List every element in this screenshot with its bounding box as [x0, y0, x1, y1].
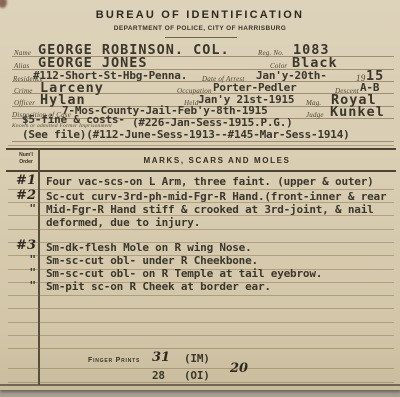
row-text: Sm-dk-flesh Mole on R wing Nose.: [46, 241, 252, 254]
table-header-border: [6, 170, 396, 172]
ruled-line: [8, 322, 394, 323]
row-ditto-mark: ": [8, 279, 36, 292]
row-text: deformed, due to injury.: [46, 216, 200, 229]
fingerprint-denominator-code: (OI): [184, 369, 210, 382]
card-bottom-border: [0, 384, 400, 386]
row-ditto-mark: ": [8, 202, 36, 215]
ruled-line: [8, 145, 394, 146]
row-text: Four vac-scs-on L Arm, three faint. (upp…: [46, 175, 374, 188]
row-text: Sm-sc-cut obl- under R Cheekbone.: [46, 254, 258, 267]
ruled-line: [8, 295, 394, 296]
identification-card: BUREAU OF IDENTIFICATION DEPARTMENT OF P…: [0, 0, 400, 390]
row-number: #3: [8, 238, 36, 253]
header-divider: [165, 37, 237, 38]
row-text: Sc-cut curv-3rd-ph-mid-Fgr-R Hand.(front…: [46, 190, 386, 203]
table-top-border: [6, 148, 396, 150]
order-column-header: Num'l Order: [12, 152, 40, 166]
ruled-line: [8, 229, 394, 230]
ruled-line: [8, 335, 394, 336]
row-text: Sm-sc-cut obl- on R Temple at tail eyebr…: [46, 267, 322, 280]
field-underline: [12, 141, 394, 142]
see-file-value: (See file)(#112-June-Sess-1913--#145-Mar…: [22, 128, 350, 141]
card-title: BUREAU OF IDENTIFICATION: [0, 9, 400, 21]
corner-stain: [0, 0, 7, 8]
fingerprints-label: Finger Prints: [88, 357, 140, 364]
fingerprint-numerator-code: (IM): [184, 352, 210, 365]
fingerprint-numerator: 31: [152, 350, 170, 365]
ruled-line: [8, 308, 394, 309]
marks-header: MARKS, SCARS AND MOLES: [40, 156, 394, 165]
row-number: #1: [8, 173, 36, 188]
order-header-line2: Order: [12, 159, 40, 166]
row-text: Mid-Fgr-R Hand stiff & crooked at 3rd-jo…: [46, 203, 374, 216]
row-ditto-mark: ": [8, 266, 36, 279]
fingerprint-center-value: 20: [230, 361, 248, 376]
ruled-line: [8, 382, 394, 383]
card-subtitle: DEPARTMENT OF POLICE, CITY OF HARRISBURG: [0, 25, 400, 32]
ruled-line: [8, 348, 394, 349]
row-number: #2: [8, 188, 36, 203]
fingerprint-denominator: 28: [152, 369, 165, 382]
table-column-divider: [38, 148, 40, 385]
order-header-line1: Num'l: [12, 152, 40, 159]
row-ditto-mark: ": [8, 253, 36, 266]
row-text: Sm-pit sc-on R Cheek at border ear.: [46, 280, 271, 293]
